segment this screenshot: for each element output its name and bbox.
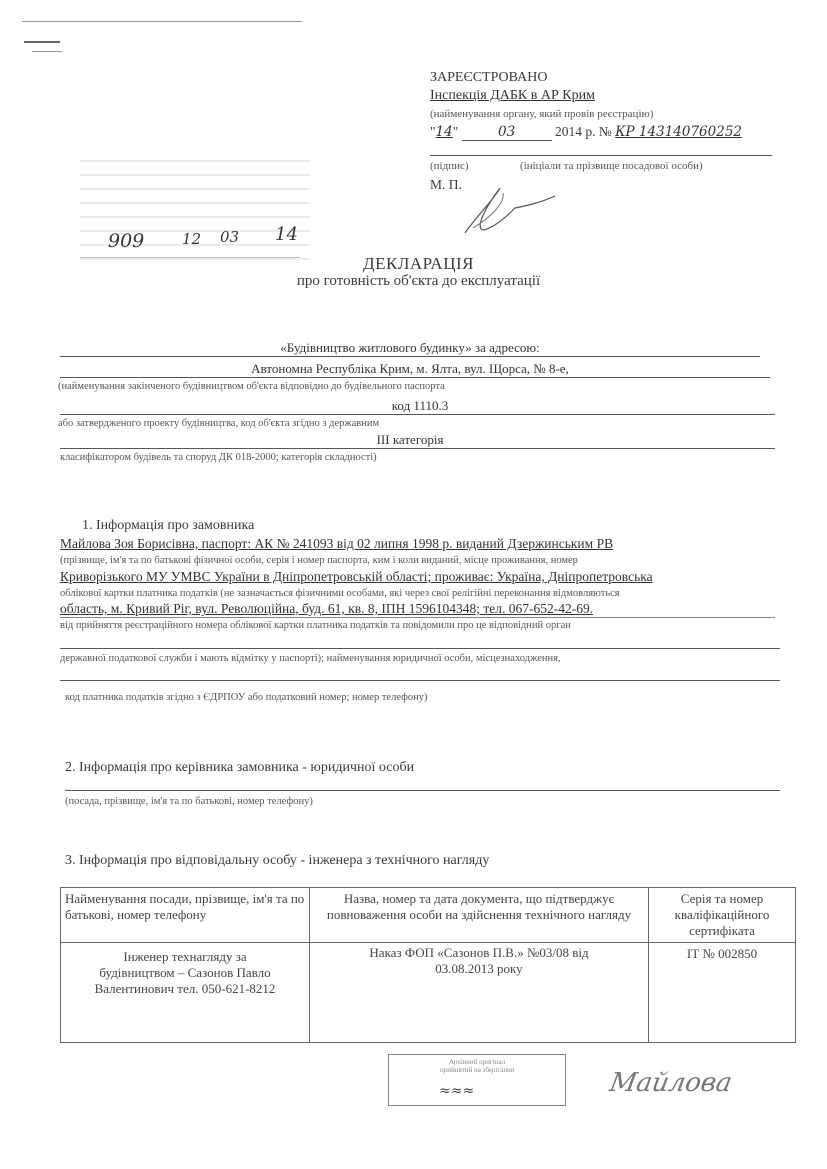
page-title: ДЕКЛАРАЦІЯ: [0, 254, 827, 274]
object-category: ІІІ категорія: [60, 432, 760, 448]
object-code-caption: або затвердженого проекту будівництва, к…: [58, 418, 379, 429]
object-name-line1: «Будівництво житлового будинку» за адрес…: [60, 340, 760, 356]
object-name-line2: Автономна Республіка Крим, м. Ялта, вул.…: [60, 361, 760, 377]
registration-title: ЗАРЕЄСТРОВАНО: [430, 70, 547, 86]
table-cell-certificate: ІТ № 002850: [649, 943, 796, 1043]
customer-signature: Майлова: [607, 1068, 734, 1098]
customer-line3-rule: [60, 617, 775, 618]
signature-caption-2: (ініціали та прізвище посадової особи): [520, 160, 703, 172]
table-cell-person: Інженер технагляду за будівництвом – Саз…: [61, 943, 310, 1043]
registration-number: КР 143140760252: [615, 124, 742, 140]
table-header-cell: Найменування посади, прізвище, ім'я та п…: [61, 888, 310, 943]
object-category-caption: класифікатором будівель та споруд ДК 018…: [60, 452, 377, 463]
section3-heading: 3. Інформація про відповідальну особу - …: [65, 853, 489, 869]
table-header-cell: Назва, номер та дата документа, що підтв…: [310, 888, 649, 943]
registration-authority-caption: (найменування органу, який провів реєстр…: [430, 108, 653, 120]
registration-day: 14: [436, 124, 453, 140]
customer-line3: область, м. Кривий Ріг, вул. Революційна…: [60, 601, 593, 617]
customer-caption1: (прізвище, ім'я та по батькові фізичної …: [60, 555, 578, 566]
registration-year: 2014 р. №: [555, 124, 612, 139]
tech-supervisor-table: Найменування посади, прізвище, ім'я та п…: [60, 887, 796, 1043]
signature-scribble-icon: [455, 178, 565, 238]
table-header-row: Найменування посади, прізвище, ім'я та п…: [61, 888, 796, 943]
scan-artifact-line: [22, 21, 302, 22]
page-subtitle: про готовність об'єкта до експлуатації: [0, 273, 827, 290]
object-name-caption: (найменування закінченого будівництвом о…: [58, 381, 445, 392]
stamp-line2: прийнятий на зберігання: [389, 1066, 565, 1074]
signature-line: [430, 155, 772, 156]
object-code: код 1110.3: [60, 398, 780, 414]
registration-date-line: "14" 03 2014 р. № КР 143140760252: [430, 124, 742, 141]
registration-month: 03: [462, 124, 552, 141]
table-cell-document: Наказ ФОП «Сазонов П.В.» №03/08 від 03.0…: [310, 943, 649, 1043]
customer-caption2: облікової картки платника податків (не з…: [60, 588, 620, 599]
section2-caption: (посада, прізвище, ім'я та по батькові, …: [65, 796, 313, 807]
table-row: Інженер технагляду за будівництвом – Саз…: [61, 943, 796, 1043]
table-header-cell: Серія та номер кваліфікаційного сертифік…: [649, 888, 796, 943]
object-line-2: [60, 377, 770, 378]
object-line-4: [60, 448, 775, 449]
registration-authority: Інспекція ДАБК в АР Крим: [430, 88, 595, 104]
section1-heading: 1. Інформація про замовника: [82, 518, 254, 534]
stamp-year: 14: [275, 224, 298, 245]
archive-stamp: Архівний оригінал прийнятий на зберіганн…: [388, 1054, 566, 1106]
customer-line2: Криворізького МУ УМВС України в Дніпропе…: [60, 569, 653, 585]
stamp-number: 909: [108, 230, 144, 252]
customer-line1: Майлова Зоя Борисівна, паспорт: АК № 241…: [60, 536, 613, 552]
scan-artifact-dash: [24, 41, 60, 43]
customer-caption3: від прийняття реєстраційного номера облі…: [60, 620, 571, 631]
stamp-line1: Архівний оригінал: [389, 1058, 565, 1066]
customer-caption4: державної податкової служби і мають відм…: [60, 653, 561, 664]
object-line-1: [60, 356, 760, 357]
stamp-handwriting: ≈≈≈: [439, 1083, 474, 1099]
stamp-month: 03: [220, 228, 239, 246]
stamp-day: 12: [182, 230, 201, 248]
customer-blank-rule-1: [60, 648, 780, 649]
object-line-3: [60, 414, 775, 415]
customer-blank-rule-2: [60, 680, 780, 681]
customer-caption5: код платника податків згідно з ЄДРПОУ аб…: [65, 692, 428, 703]
section2-rule: [65, 790, 780, 791]
section2-heading: 2. Інформація про керівника замовника - …: [65, 760, 414, 776]
signature-caption-1: (підпис): [430, 160, 469, 172]
scan-artifact-dash: [32, 51, 62, 52]
